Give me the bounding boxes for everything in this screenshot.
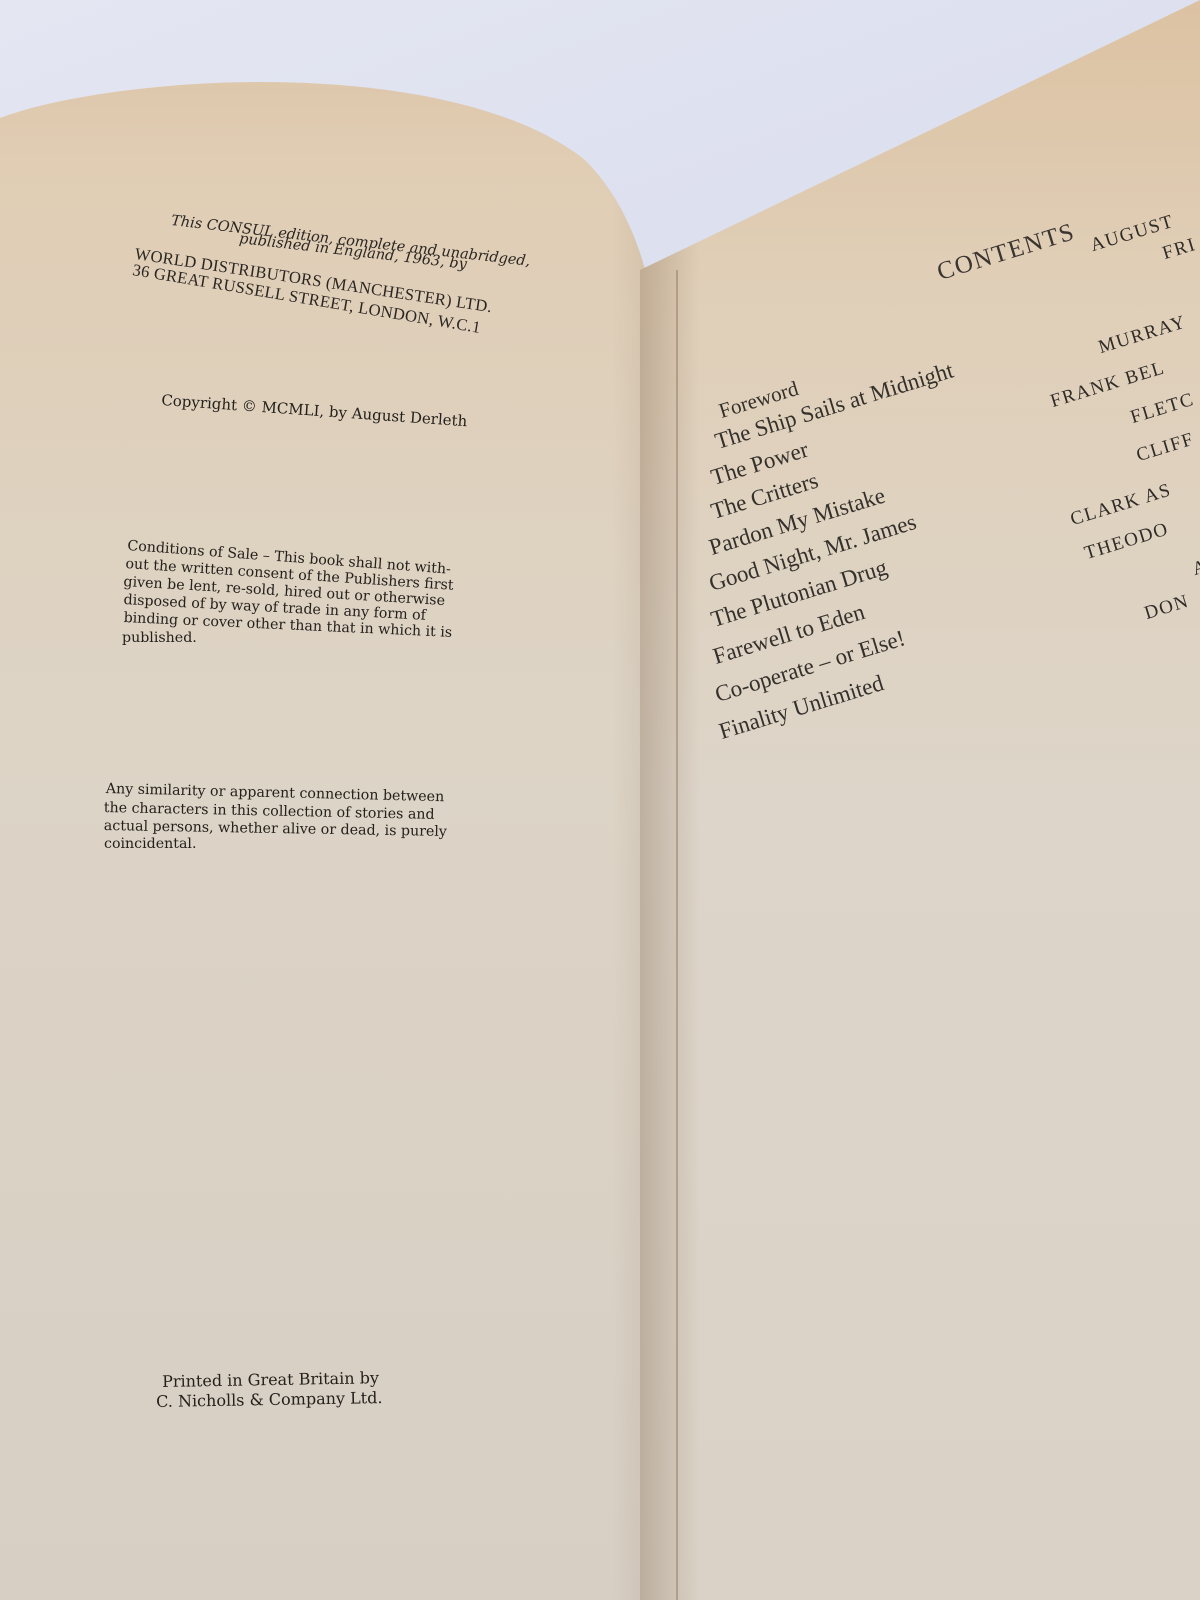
book-gutter: [676, 270, 678, 1600]
conditions-line-6: published.: [122, 630, 197, 647]
disclaimer-line-4: coincidental.: [104, 836, 196, 853]
printer-line-1: Printed in Great Britain by: [162, 1370, 379, 1390]
printer-line-2: C. Nicholls & Company Ltd.: [156, 1390, 383, 1410]
photo-scene: This CONSUL edition, complete and unabri…: [0, 0, 1200, 1600]
